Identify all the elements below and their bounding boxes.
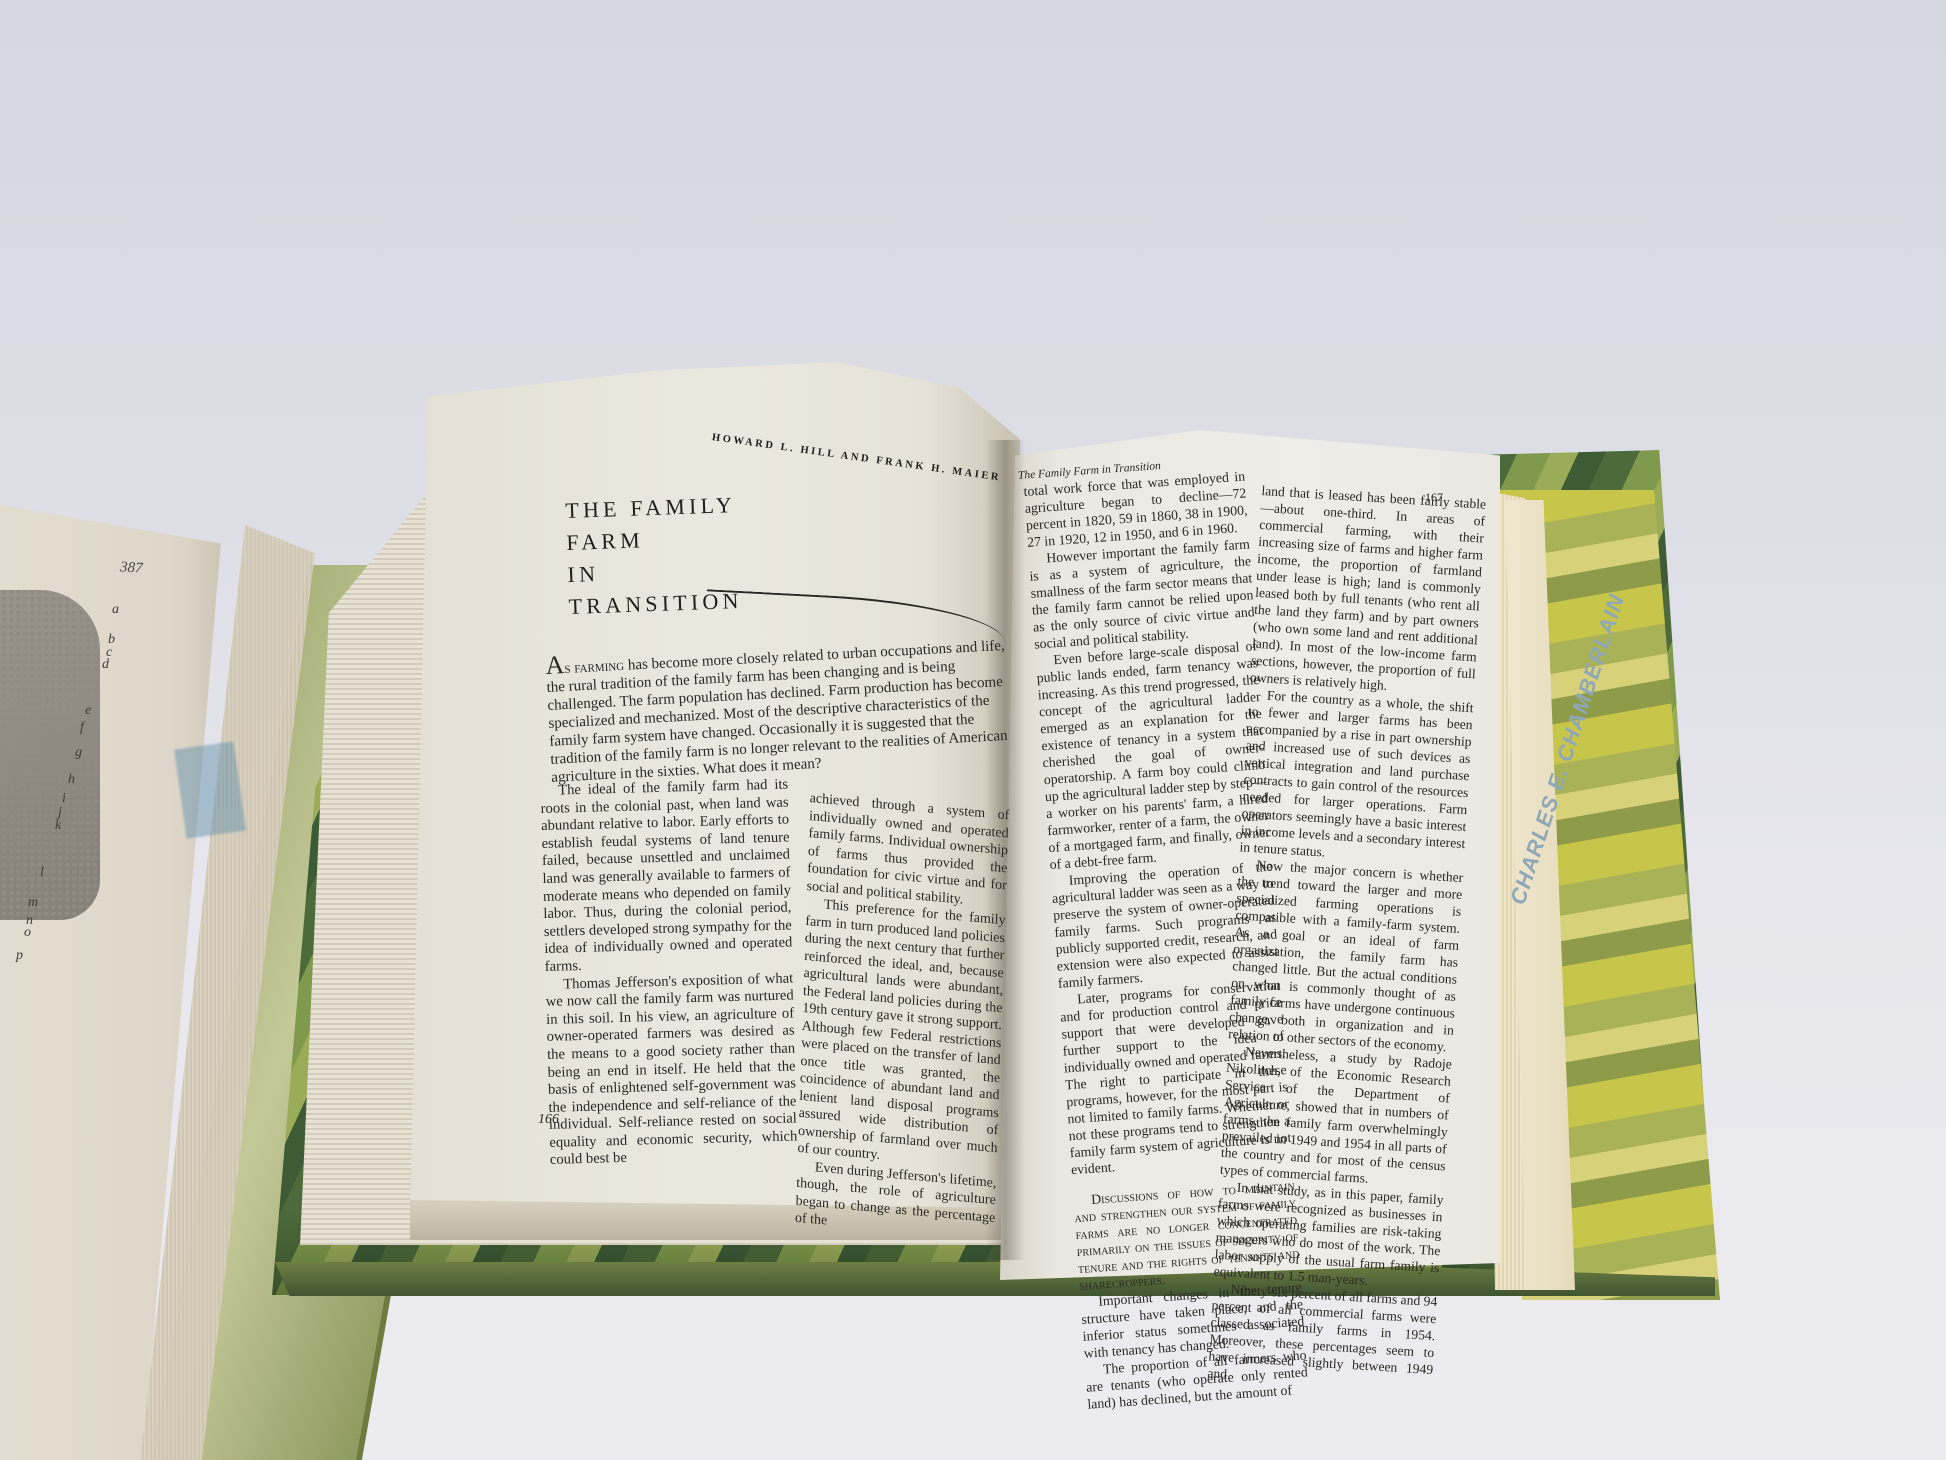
paragraph: Now the major concern is whether the tre… xyxy=(1228,855,1464,1055)
figure-label: p xyxy=(16,948,23,964)
left-book-page-number: 387 xyxy=(119,559,143,578)
left-page-column-1: The ideal of the family farm had its roo… xyxy=(540,777,798,1170)
left-page-column-2: achieved through a system of individuall… xyxy=(795,790,1010,1245)
paragraph: This preference for the family farm in t… xyxy=(797,895,1006,1175)
anatomical-illustration xyxy=(0,590,100,920)
paragraph: In that study, as in this paper, family … xyxy=(1213,1178,1444,1294)
figure-label: h xyxy=(68,772,75,788)
drop-cap: A xyxy=(545,650,565,680)
paragraph: The ideal of the family farm had its roo… xyxy=(540,777,793,977)
paragraph: land that is leased has been fairly stab… xyxy=(1250,482,1487,699)
left-book-library-stamp xyxy=(174,741,246,838)
figure-label: o xyxy=(24,925,31,941)
chapter-title-line-1: THE FAMILY FARM xyxy=(565,489,741,559)
intro-lead: s farming xyxy=(564,658,625,677)
intro-paragraph: As farming has become more closely relat… xyxy=(545,632,1021,786)
figure-label: m xyxy=(28,895,38,911)
figure-label: g xyxy=(75,745,82,761)
paragraph: Ninety-six percent of all farms and 94 p… xyxy=(1207,1280,1438,1396)
paragraph: Thomas Jefferson's exposition of what we… xyxy=(545,970,798,1170)
paragraph: Nevertheless, a study by Radoje Nikolitc… xyxy=(1219,1042,1452,1191)
paragraph: achieved through a system of individuall… xyxy=(806,790,1009,912)
paragraph: However important the family farm is as … xyxy=(1028,535,1257,652)
paragraph: Even before large-scale disposal of publ… xyxy=(1035,637,1272,873)
figure-label: e xyxy=(85,703,91,719)
figure-label: a xyxy=(112,602,119,618)
figure-label: k xyxy=(55,818,61,834)
paragraph: For the country as a whole, the shift to… xyxy=(1239,686,1474,869)
figure-label: i xyxy=(62,791,66,807)
photo-scene: 387 a b c d e f g h i j k l m n o p HOWA… xyxy=(0,0,1946,1460)
figure-label: l xyxy=(40,865,44,881)
figure-label: d xyxy=(102,657,109,673)
page-number-left: 166 xyxy=(538,1112,559,1128)
figure-label: f xyxy=(80,720,84,736)
